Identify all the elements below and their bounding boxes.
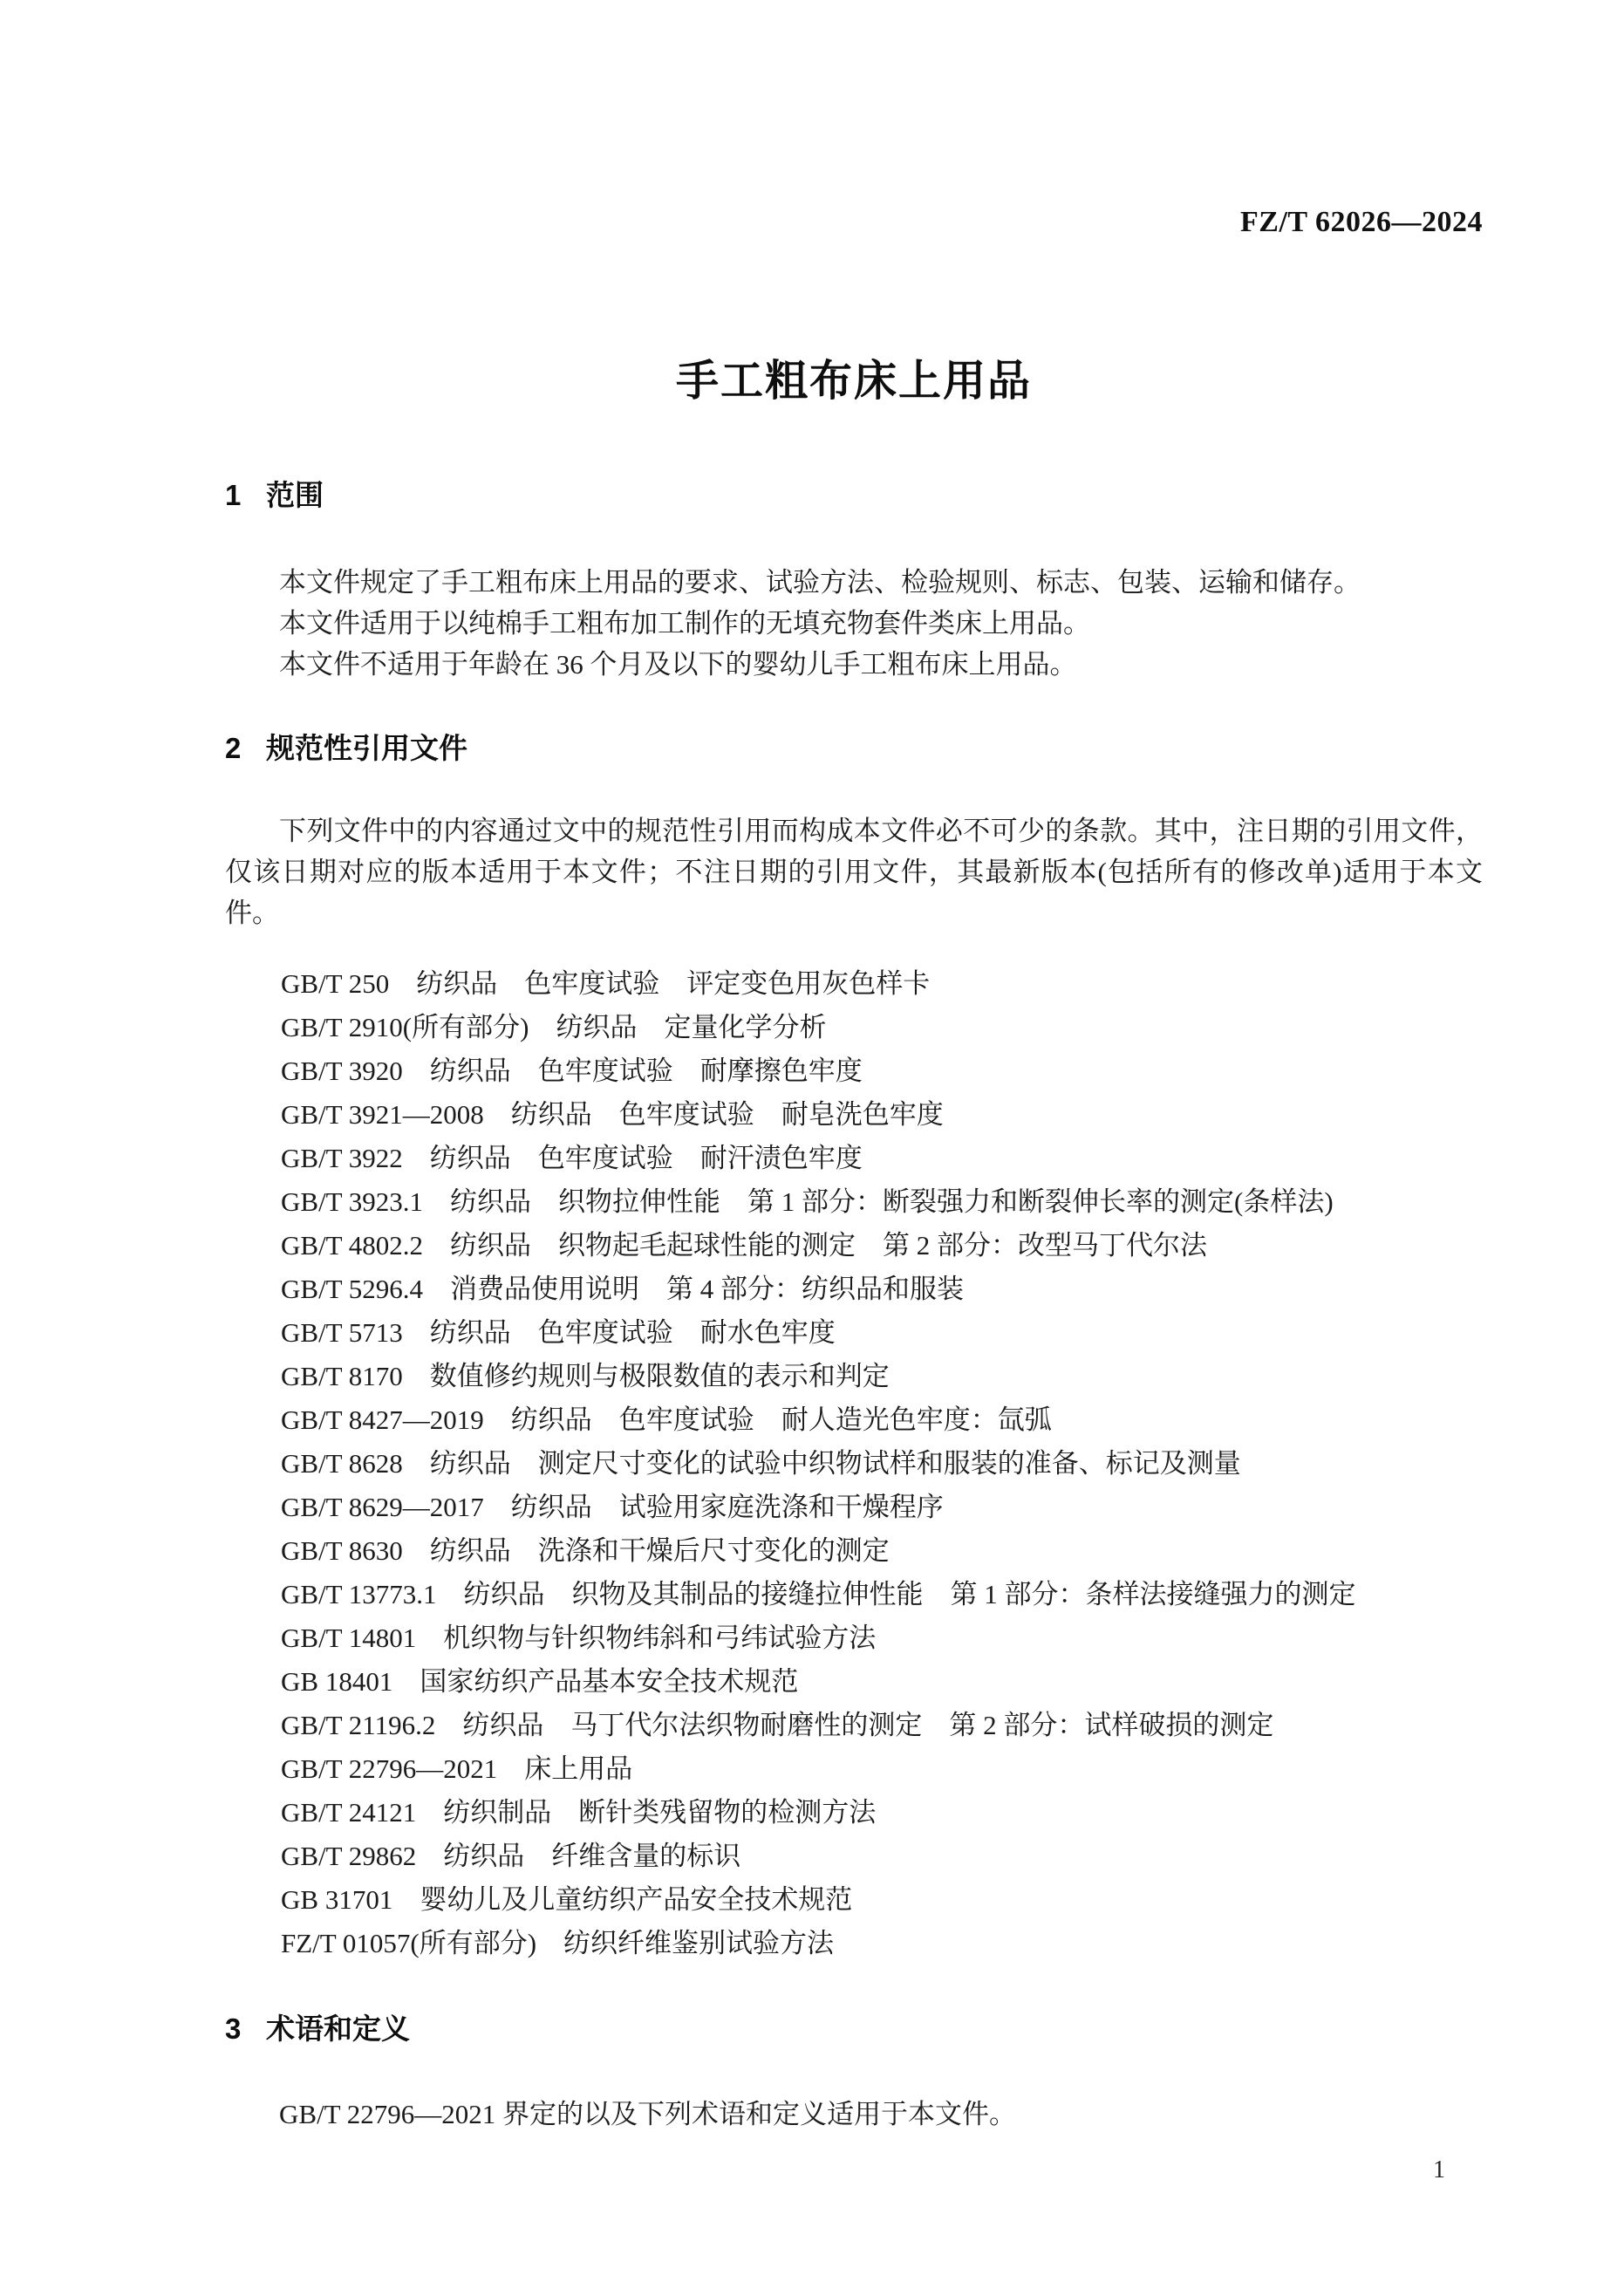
reference-item: GB/T 3923.1 纺织品 织物拉伸性能 第 1 部分：断裂强力和断裂伸长率… [225,1180,1533,1224]
section-1-number: 1 [225,480,266,511]
reference-item: GB 18401 国家纺织产品基本安全技术规范 [225,1660,1533,1704]
terms-paragraph: GB/T 22796—2021 界定的以及下列术语和定义适用于本文件。 [225,2094,1483,2135]
reference-item: GB/T 24121 纺织制品 断针类残留物的检测方法 [225,1791,1533,1835]
scope-paragraph: 本文件规定了手工粗布床上用品的要求、试验方法、检验规则、标志、包装、运输和储存。 [225,562,1483,603]
reference-item: GB/T 5296.4 消费品使用说明 第 4 部分：纺织品和服装 [225,1268,1533,1311]
reference-item: GB/T 5713 纺织品 色牢度试验 耐水色牢度 [225,1311,1533,1355]
reference-item: GB/T 3921—2008 纺织品 色牢度试验 耐皂洗色牢度 [225,1093,1533,1137]
reference-item: GB/T 8629—2017 纺织品 试验用家庭洗涤和干燥程序 [225,1486,1533,1529]
scope-paragraph: 本文件适用于以纯棉手工粗布加工制作的无填充物套件类床上用品。 [225,603,1483,644]
reference-item: GB/T 2910(所有部分) 纺织品 定量化学分析 [225,1006,1533,1049]
reference-item: GB/T 14801 机织物与针织物纬斜和弓纬试验方法 [225,1616,1533,1660]
section-2-heading: 2规范性引用文件 [225,733,1483,764]
references-list: GB/T 250 纺织品 色牢度试验 评定变色用灰色样卡GB/T 2910(所有… [225,962,1533,1965]
section-1-label: 范围 [266,479,324,511]
reference-item: GB/T 13773.1 纺织品 织物及其制品的接缝拉伸性能 第 1 部分：条样… [225,1573,1533,1616]
reference-item: GB/T 22796—2021 床上用品 [225,1747,1533,1791]
section-3-heading: 3术语和定义 [225,2013,1483,2045]
reference-item: GB/T 8630 纺织品 洗涤和干燥后尺寸变化的测定 [225,1529,1533,1573]
reference-item: GB/T 8628 纺织品 测定尺寸变化的试验中织物试样和服装的准备、标记及测量 [225,1442,1533,1486]
section-1-heading: 1范围 [225,480,1483,511]
reference-item: GB/T 29862 纺织品 纤维含量的标识 [225,1835,1533,1878]
page-number: 1 [1433,2156,1445,2184]
doc-number: FZ/T 62026—2024 [1240,206,1483,239]
reference-item: GB/T 8170 数值修约规则与极限数值的表示和判定 [225,1355,1533,1398]
normative-intro-paragraph: 下列文件中的内容通过文中的规范性引用而构成本文件必不可少的条款。其中，注日期的引… [225,810,1483,933]
reference-item: FZ/T 01057(所有部分) 纺织纤维鉴别试验方法 [225,1922,1533,1965]
section-2-label: 规范性引用文件 [266,732,467,764]
section-3-number: 3 [225,2013,266,2045]
reference-item: GB/T 250 纺织品 色牢度试验 评定变色用灰色样卡 [225,962,1533,1006]
scope-paragraphs: 本文件规定了手工粗布床上用品的要求、试验方法、检验规则、标志、包装、运输和储存。… [225,562,1483,685]
doc-title: 手工粗布床上用品 [225,347,1483,408]
terms-paragraph-block: GB/T 22796—2021 界定的以及下列术语和定义适用于本文件。 [225,2094,1483,2135]
scope-paragraph: 本文件不适用于年龄在 36 个月及以下的婴幼儿手工粗布床上用品。 [225,644,1483,685]
section-3-label: 术语和定义 [266,2012,410,2045]
reference-item: GB/T 4802.2 纺织品 织物起毛起球性能的测定 第 2 部分：改型马丁代… [225,1224,1533,1268]
reference-item: GB/T 21196.2 纺织品 马丁代尔法织物耐磨性的测定 第 2 部分：试样… [225,1704,1533,1747]
reference-item: GB/T 8427—2019 纺织品 色牢度试验 耐人造光色牢度：氙弧 [225,1398,1533,1442]
reference-item: GB/T 3920 纺织品 色牢度试验 耐摩擦色牢度 [225,1049,1533,1093]
document-page: FZ/T 62026—2024 手工粗布床上用品 1范围 本文件规定了手工粗布床… [0,0,1624,2296]
reference-item: GB/T 3922 纺织品 色牢度试验 耐汗渍色牢度 [225,1137,1533,1180]
section-2-number: 2 [225,733,266,764]
reference-item: GB 31701 婴幼儿及儿童纺织产品安全技术规范 [225,1878,1533,1922]
normative-intro-block: 下列文件中的内容通过文中的规范性引用而构成本文件必不可少的条款。其中，注日期的引… [225,810,1483,933]
